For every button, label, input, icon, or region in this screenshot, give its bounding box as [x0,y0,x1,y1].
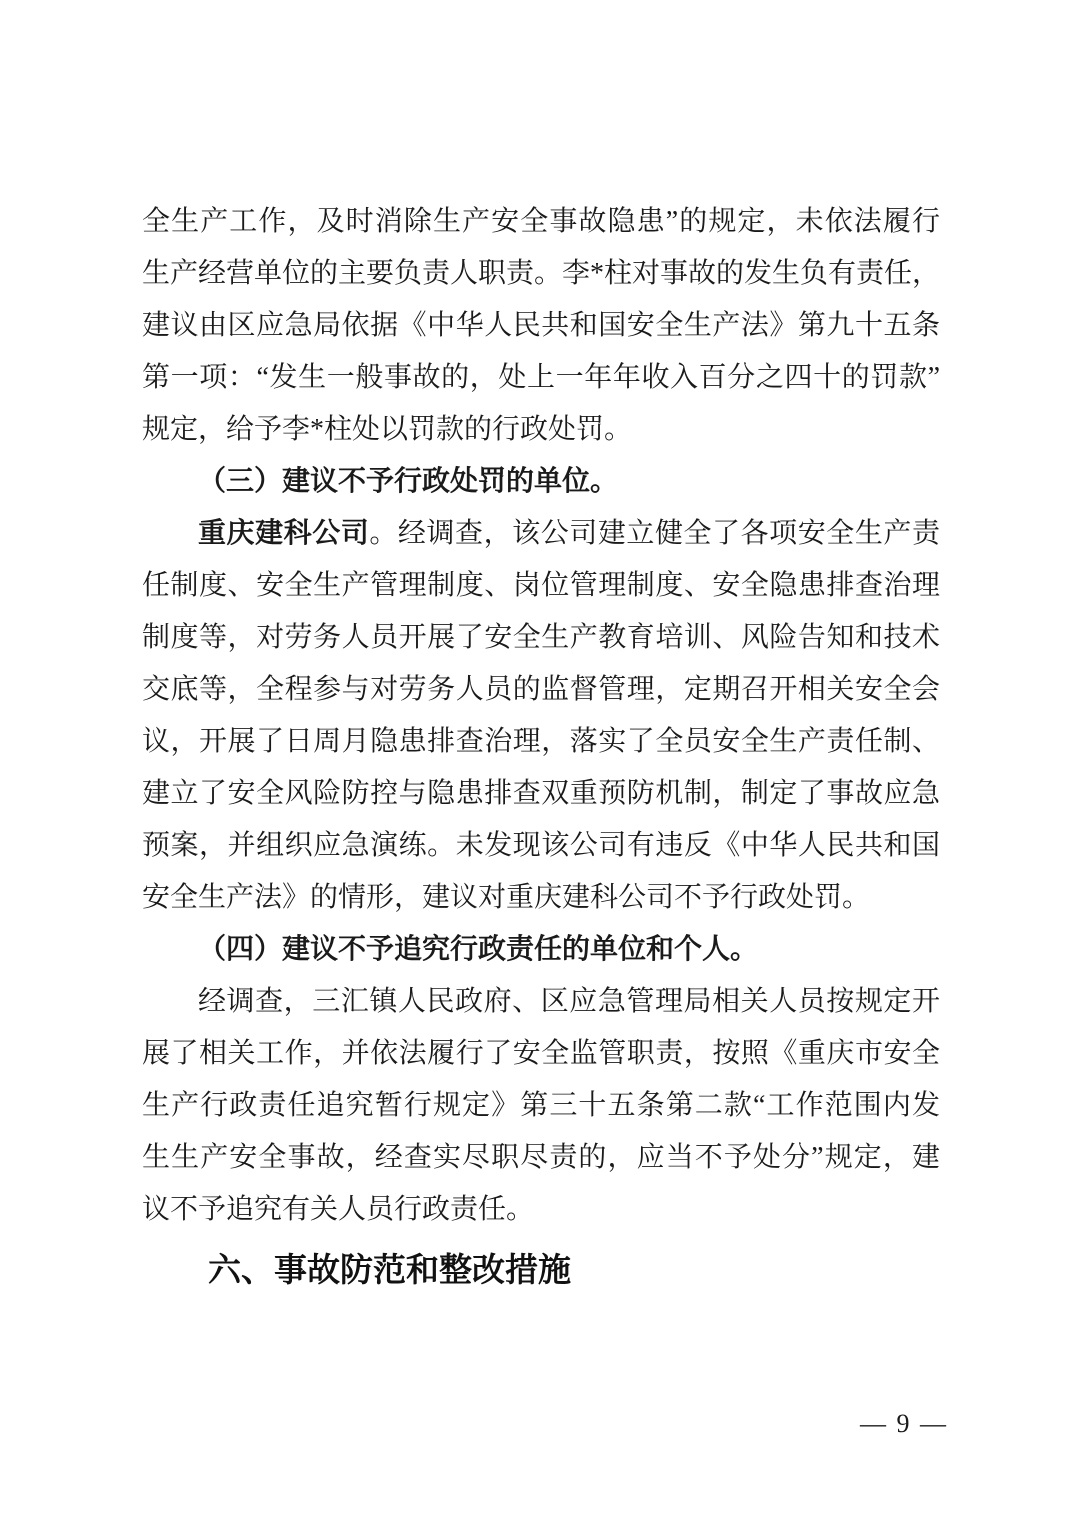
text-line: 经调查，三汇镇人民政府、区应急管理局相关人员按规定开 [142,976,940,1028]
text-line: 议不予追究有关人员行政责任。 [142,1184,940,1236]
document-page: 全生产工作，及时消除生产安全事故隐患”的规定，未依法履行生产经营单位的主要负责人… [0,0,1074,1520]
text-line: 制度等，对劳务人员开展了安全生产教育培训、风险告知和技术 [142,612,940,664]
text-line: 规定，给予李*柱处以罚款的行政处罚。 [142,404,940,456]
section-heading: 六、事故防范和整改措施 [142,1244,940,1296]
text-line: 预案，并组织应急演练。未发现该公司有违反《中华人民共和国 [142,820,940,872]
document-body: 全生产工作，及时消除生产安全事故隐患”的规定，未依法履行生产经营单位的主要负责人… [142,196,940,1296]
text-line: 建议由区应急局依据《中华人民共和国安全生产法》第九十五条 [142,300,940,352]
text-line: 展了相关工作，并依法履行了安全监管职责，按照《重庆市安全 [142,1028,940,1080]
text-line: 交底等，全程参与对劳务人员的监督管理，定期召开相关安全会 [142,664,940,716]
page-number: — 9 — [860,1406,948,1442]
text-line: 议，开展了日周月隐患排查治理，落实了全员安全生产责任制、 [142,716,940,768]
text-line: 全生产工作，及时消除生产安全事故隐患”的规定，未依法履行 [142,196,940,248]
text-line: 建立了安全风险防控与隐患排查双重预防机制，制定了事故应急 [142,768,940,820]
text-line: 重庆建科公司。经调查，该公司建立健全了各项安全生产责 [142,508,940,560]
text-line: 任制度、安全生产管理制度、岗位管理制度、安全隐患排查治理 [142,560,940,612]
section-heading: （三）建议不予行政处罚的单位。 [142,456,940,508]
section-heading: （四）建议不予追究行政责任的单位和个人。 [142,924,940,976]
text-line: 安全生产法》的情形，建议对重庆建科公司不予行政处罚。 [142,872,940,924]
text-line: 第一项：“发生一般事故的，处上一年年收入百分之四十的罚款” [142,352,940,404]
company-name-emphasis: 重庆建科公司 [198,518,369,549]
text-line: 生产行政责任追究暂行规定》第三十五条第二款“工作范围内发 [142,1080,940,1132]
text-line: 生产经营单位的主要负责人职责。李*柱对事故的发生负有责任， [142,248,940,300]
text-line: 生生产安全事故，经查实尽职尽责的，应当不予处分”规定，建 [142,1132,940,1184]
